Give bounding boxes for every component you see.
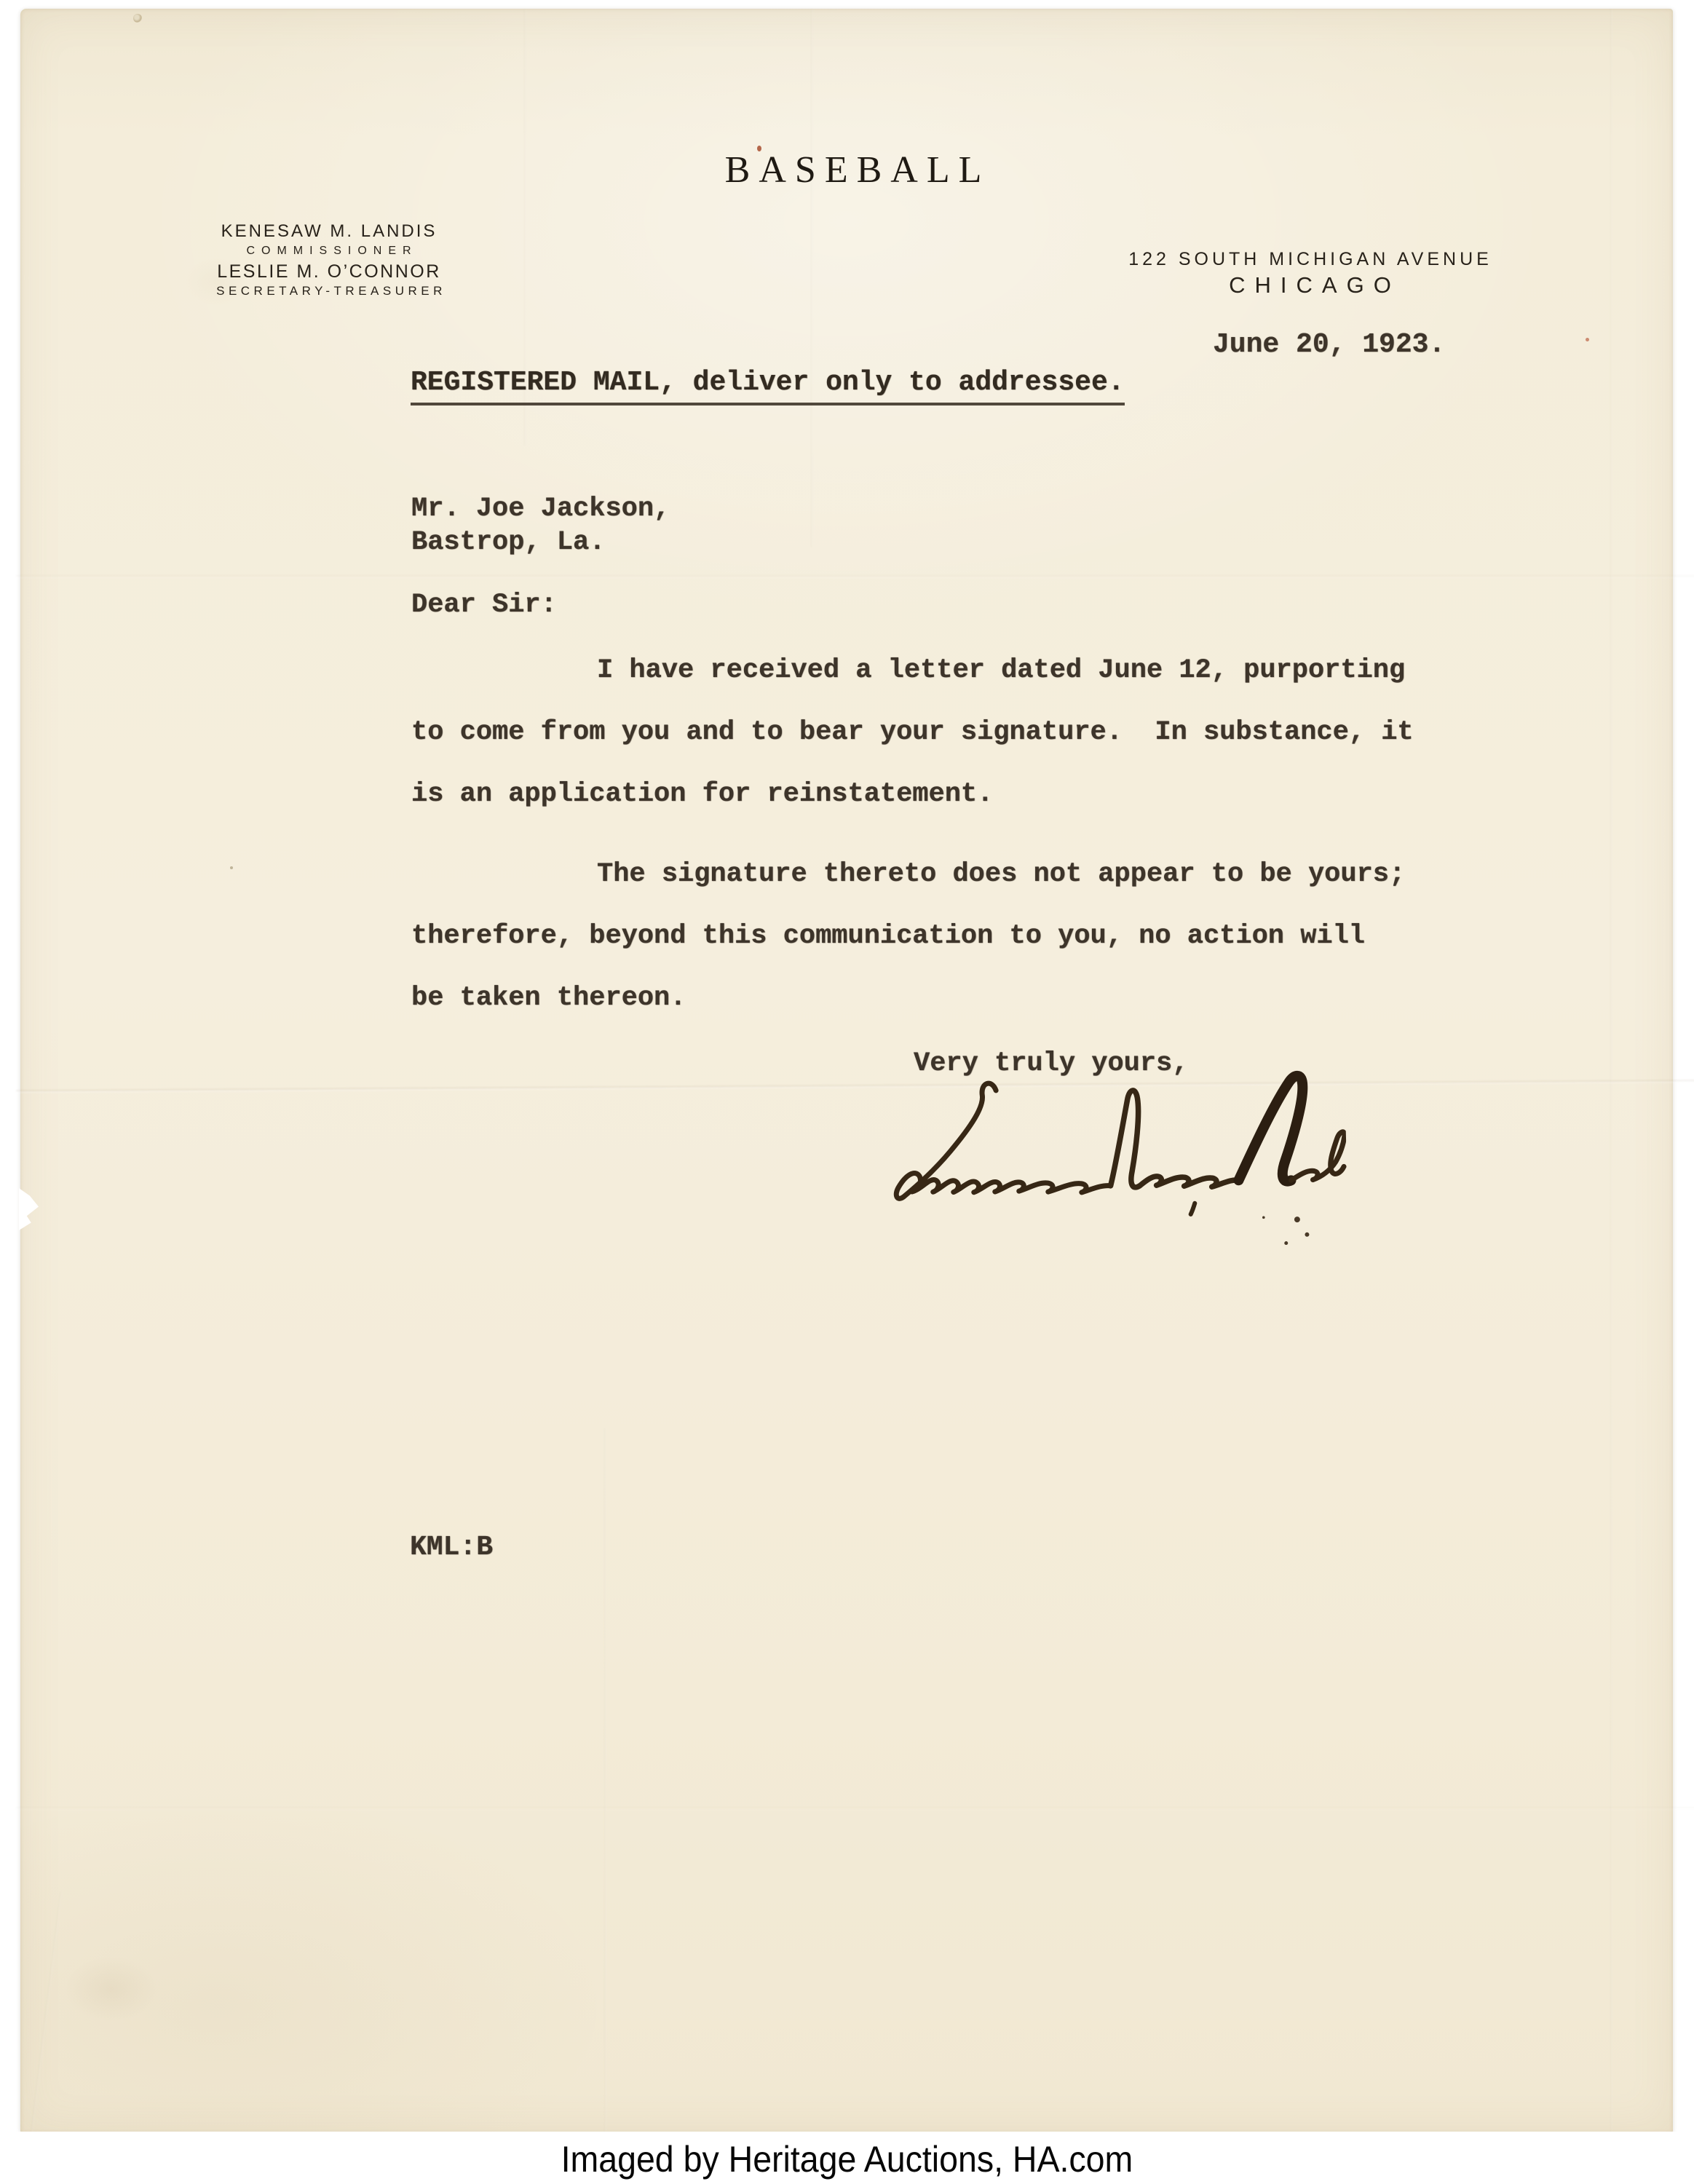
recipient-address: Bastrop, La. [411,527,605,558]
fold-crease-vertical [811,9,813,547]
official-title: COMMISSIONER [246,245,417,258]
body-line: be taken thereon. [411,983,686,1013]
scanned-letter-page: BASEBALL KENESAW M. LANDIS COMMISSIONER … [0,0,1694,2184]
fold-crease [16,1807,1694,1810]
masthead-title: BASEBALL [725,149,991,191]
body-line: The signature thereto does not appear to… [597,859,1405,890]
ink-spatter [1262,1215,1310,1246]
fold-crease [16,575,1694,578]
pin-hole [133,14,142,23]
official-name: KENESAW M. LANDIS [221,221,438,242]
official-name: LESLIE M. O’CONNOR [217,261,441,282]
date-line: June 20, 1923. [1213,329,1445,360]
letter-paper: BASEBALL KENESAW M. LANDIS COMMISSIONER … [20,9,1673,2133]
fold-crease-vertical [604,1428,606,2133]
paper-smudge [50,1945,173,2033]
edge-tear [19,1188,39,1230]
footer-band: Imaged by Heritage Auctions, HA.com [0,2132,1694,2184]
signature-kenesaw-m-landis [863,1064,1350,1274]
body-line: is an application for reinstatement. [411,779,993,810]
recipient-name: Mr. Joe Jackson, [411,494,670,524]
city: CHICAGO [1229,272,1401,298]
street-address: 122 SOUTH MICHIGAN AVENUE [1128,249,1492,270]
fold-crease-vertical [1610,9,1612,2133]
official-title: SECRETARY-TREASURER [216,284,446,298]
body-line: to come from you and to bear your signat… [411,717,1414,748]
speck [1586,338,1589,341]
fold-crease [16,1080,1694,1093]
salutation: Dear Sir: [411,590,557,620]
body-line: I have received a letter dated June 12, … [597,655,1405,686]
registered-mail-notice: REGISTERED MAIL, deliver only to address… [411,367,1125,405]
auction-credit-text: Imaged by Heritage Auctions, HA.com [561,2138,1133,2180]
speck [230,866,233,869]
body-line: therefore, beyond this communication to … [411,921,1365,951]
typist-reference: KML:B [410,1532,493,1563]
fold-crease-diagonal [31,1891,63,2134]
